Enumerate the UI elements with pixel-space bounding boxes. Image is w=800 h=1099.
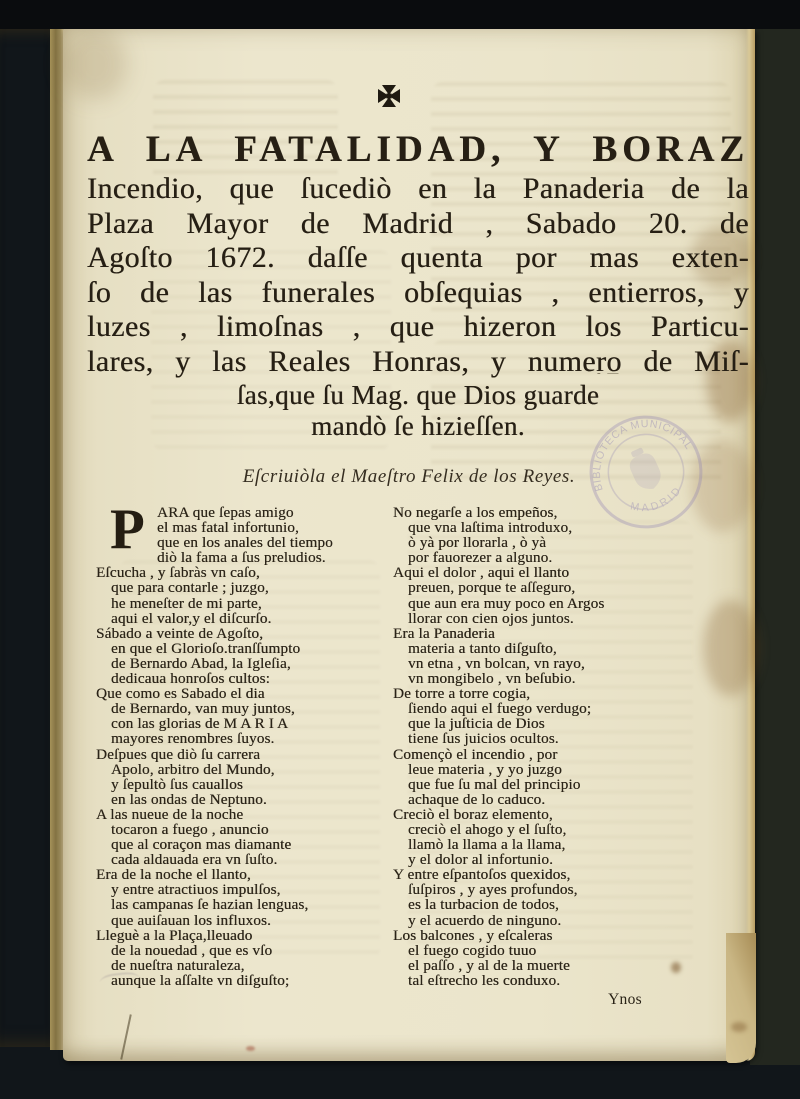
stanza: Començò el incendio , porleue materia , … bbox=[393, 747, 698, 807]
stanza: De torre a torre cogia,ſiendo aqui el fu… bbox=[393, 686, 698, 746]
document-page: A LA FATALIDAD, Y BORAZIncendio, que ſuc… bbox=[63, 28, 755, 1061]
poem-line: en las ondas de Neptuno. bbox=[96, 792, 378, 807]
poem-line: tiene ſus juicios ocultos. bbox=[393, 731, 698, 746]
book-gutter-shadow bbox=[50, 29, 63, 1050]
poem-line: vn mongibelo , vn beſubio. bbox=[393, 671, 698, 686]
stanza: Era de la noche el llanto,y entre atract… bbox=[96, 867, 378, 927]
stanza: Que como es Sabado el diade Bernardo, va… bbox=[96, 686, 378, 746]
poem-line: Començò el incendio , por bbox=[393, 747, 698, 762]
book-fore-edge bbox=[0, 29, 50, 1047]
poem-line: Creciò el boraz elemento, bbox=[393, 807, 698, 822]
poem-line: el paſſo , y al de la muerte bbox=[393, 958, 698, 973]
title-line-4: ſo de las funerales obſequias , entierro… bbox=[87, 276, 749, 311]
poem-line: ſiendo aqui el fuego verdugo; bbox=[393, 701, 698, 716]
stanza: Deſpues que diò ſu carreraApolo, arbitro… bbox=[96, 747, 378, 807]
poem-line: Lleguè a la Plaça,lleuado bbox=[96, 928, 378, 943]
stanza: A las nueue de la nochetocaron a fuego ,… bbox=[96, 807, 378, 867]
poem-line: y el dolor al infortunio. bbox=[393, 852, 698, 867]
title-block: A LA FATALIDAD, Y BORAZIncendio, que ſuc… bbox=[87, 127, 749, 442]
poem-line: tal eſtrecho les conduxo. bbox=[393, 973, 698, 988]
poem-line: Y entre eſpantoſos quexidos, bbox=[393, 867, 698, 882]
stain-speck bbox=[246, 1046, 255, 1051]
poem-line: con las glorias de M A R I A bbox=[96, 716, 378, 731]
poem-line: ſuſpiros , y ayes profundos, bbox=[393, 882, 698, 897]
poem-line: y entre atractiuos impulſos, bbox=[96, 882, 378, 897]
poem-line: de la nouedad , que es vſo bbox=[96, 943, 378, 958]
poem-line: Aqui el dolor , aqui el llanto bbox=[393, 565, 698, 580]
maltese-cross-icon bbox=[377, 83, 401, 109]
stanza: Aqui el dolor , aqui el llantopreuen, po… bbox=[393, 565, 698, 625]
poem-line: creciò el ahogo y el ſuſto, bbox=[393, 822, 698, 837]
stain-speck bbox=[731, 1022, 747, 1032]
stanza: Creciò el boraz elemento,creciò el ahogo… bbox=[393, 807, 698, 867]
title-line-1: Incendio, que ſucediò en la Panaderia de… bbox=[87, 172, 749, 207]
title-line-5: luzes , limoſnas , que hizeron los Parti… bbox=[87, 310, 749, 345]
poem-line: aqui el valor,y el diſcurſo. bbox=[96, 611, 378, 626]
poem-line: vn etna , vn bolcan, vn rayo, bbox=[393, 656, 698, 671]
poem-line: de Bernardo Abad, la Igleſia, bbox=[96, 656, 378, 671]
margin-mark: - — bbox=[597, 367, 620, 379]
poem-line: que la juſticia de Dios bbox=[393, 716, 698, 731]
poem-line: que auiſauan los influxos. bbox=[96, 913, 378, 928]
poem-line: y el acuerdo de ninguno. bbox=[393, 913, 698, 928]
poem-line: ò yà por llorarla , ò yà bbox=[393, 535, 698, 550]
poem-line: A las nueue de la noche bbox=[96, 807, 378, 822]
stamp-crest bbox=[626, 450, 665, 494]
stanza: PARA que ſepas amigoel mas fatal infortu… bbox=[96, 505, 378, 565]
poem-line: Los balcones , y eſcaleras bbox=[393, 928, 698, 943]
poem-line: cada aldauada era vn ſuſto. bbox=[96, 852, 378, 867]
poem-line: Apolo, arbitro del Mundo, bbox=[96, 762, 378, 777]
poem-line: y ſepultò ſus cauallos bbox=[96, 777, 378, 792]
poem-line: el fuego cogido tuuo bbox=[393, 943, 698, 958]
title-line-3: Agoſto 1672. daſſe quenta por mas exten- bbox=[87, 241, 749, 276]
poem-line: las campanas ſe hazian lenguas, bbox=[96, 897, 378, 912]
poem-line: llamò la llama a la llama, bbox=[393, 837, 698, 852]
stanza: Lleguè a la Plaça,lleuadode la nouedad ,… bbox=[96, 928, 378, 988]
poem-line: por fauorezer a alguno. bbox=[393, 550, 698, 565]
poem-line: leue materia , y yo juzgo bbox=[393, 762, 698, 777]
poem-line: llorar con cien ojos juntos. bbox=[393, 611, 698, 626]
title-line-2: Plaza Mayor de Madrid , Sabado 20. de bbox=[87, 207, 749, 242]
poem-line: he meneſter de mi parte, bbox=[96, 596, 378, 611]
poem-line: Que como es Sabado el dia bbox=[96, 686, 378, 701]
stanza: Y entre eſpantoſos quexidos,ſuſpiros , y… bbox=[393, 867, 698, 927]
stanza: Eſcucha , y ſabràs vn caſo,que para cont… bbox=[96, 565, 378, 625]
poem-line: mayores renombres ſuyos. bbox=[96, 731, 378, 746]
poem-line: Sábado a veinte de Agoſto, bbox=[96, 626, 378, 641]
stanza: Era la Panaderiamateria a tanto diſguſto… bbox=[393, 626, 698, 686]
poem-line: que para contarle ; juzgo, bbox=[96, 580, 378, 595]
scan-background-top bbox=[0, 0, 800, 29]
page-tear bbox=[120, 1014, 132, 1059]
poem-line: en que el Glorioſo.tranſſumpto bbox=[96, 641, 378, 656]
poem-line: aunque la aſſalte vn diſguſto; bbox=[96, 973, 378, 988]
poem-column-left: PARA que ſepas amigoel mas fatal infortu… bbox=[96, 505, 378, 988]
stain bbox=[703, 600, 758, 696]
title-line-0: A LA FATALIDAD, Y BORAZ bbox=[87, 127, 749, 172]
drop-cap: P bbox=[110, 507, 150, 553]
title-line-6: lares, y las Reales Honras, y numero de … bbox=[87, 345, 749, 380]
poem-line: es la turbacion de todos, bbox=[393, 897, 698, 912]
poem-line: materia a tanto diſguſto, bbox=[393, 641, 698, 656]
scan-background-right bbox=[750, 25, 800, 1065]
poem-line: dedicaua honroſos cultos: bbox=[96, 671, 378, 686]
poem-line: Era de la noche el llanto, bbox=[96, 867, 378, 882]
poem-column-right: No negarſe a los empeños,que vna laſtima… bbox=[393, 505, 698, 988]
poem-line: de Bernardo, van muy juntos, bbox=[96, 701, 378, 716]
catchword: Ynos bbox=[393, 991, 698, 1009]
poem-line: Deſpues que diò ſu carrera bbox=[96, 747, 378, 762]
stain bbox=[63, 28, 127, 100]
poem-line: de nueſtra naturaleza, bbox=[96, 958, 378, 973]
stanza: Los balcones , y eſcalerasel fuego cogid… bbox=[393, 928, 698, 988]
poem-line: que al coraçon mas diamante bbox=[96, 837, 378, 852]
poem-line: Eſcucha , y ſabràs vn caſo, bbox=[96, 565, 378, 580]
poem-line: Era la Panaderia bbox=[393, 626, 698, 641]
poem-line: achaque de lo caduco. bbox=[393, 792, 698, 807]
stanza: Sábado a veinte de Agoſto,en que el Glor… bbox=[96, 626, 378, 686]
poem-line: tocaron a fuego , anuncio bbox=[96, 822, 378, 837]
poem-line: De torre a torre cogia, bbox=[393, 686, 698, 701]
poem-line: preuen, porque te aſſeguro, bbox=[393, 580, 698, 595]
page-stack-corner bbox=[726, 933, 756, 1063]
poem-line: que aun era muy poco en Argos bbox=[393, 596, 698, 611]
book-scan: A LA FATALIDAD, Y BORAZIncendio, que ſuc… bbox=[0, 0, 800, 1099]
poem-line: que fue ſu mal del principio bbox=[393, 777, 698, 792]
